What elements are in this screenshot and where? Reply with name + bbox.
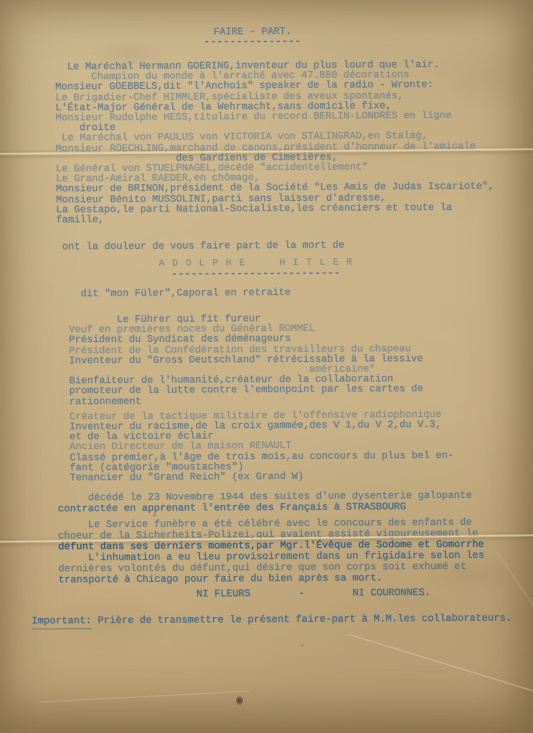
obituary-line: contractée en apprenant l'entrée des Fra… (58, 501, 528, 515)
paper-stain (90, 40, 170, 70)
alias-line: dit "mon Füler",Caporal en retraite (57, 287, 527, 300)
title-rule: --------------- (0, 36, 519, 49)
titles-block: Le Führer qui fit fureur Veuf en premièr… (57, 313, 528, 484)
deceased-name: A D O L P H E H I T L E R (0, 256, 522, 269)
scanned-page: FAIRE - PART. --------------- Le Marécha… (0, 0, 533, 733)
ink-speck (236, 696, 243, 705)
announcement-line: ont la douleur de vous faire part de la … (56, 240, 526, 253)
title-line: rationnement (57, 395, 527, 408)
paper-stain (418, 552, 518, 596)
ink-speck (152, 513, 157, 517)
sender-line: famille, (56, 213, 526, 226)
title-line: Tenancier du "Grand Reich" (ex Grand W) (58, 471, 528, 484)
ink-speck (300, 644, 304, 647)
name-rule: -------------------------- (0, 268, 522, 281)
paper-stain (48, 592, 178, 654)
